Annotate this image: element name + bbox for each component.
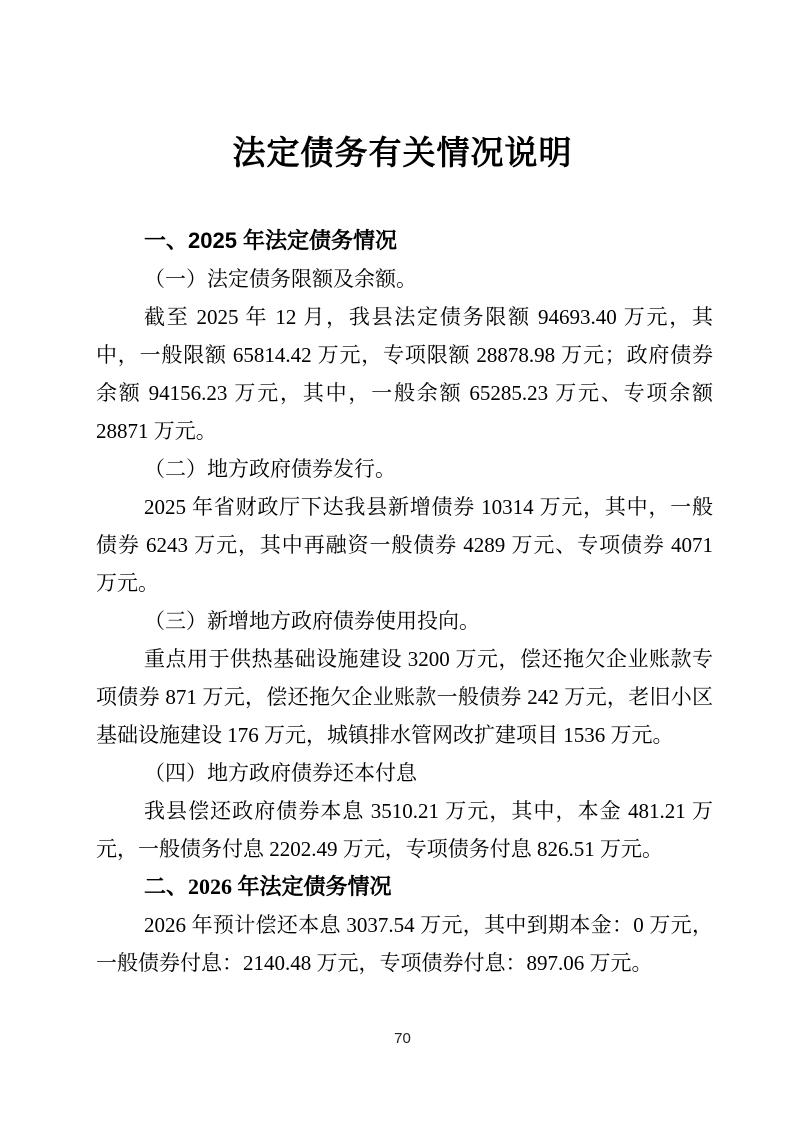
subsection-limits-paragraph: 截至 2025 年 12 月，我县法定债务限额 94693.40 万元，其中，一… xyxy=(96,298,713,450)
page-number: 70 xyxy=(0,1030,805,1047)
subsection-issuance-paragraph: 2025 年省财政厅下达我县新增债券 10314 万元，其中，一般债券 6243… xyxy=(96,488,713,602)
document-page: 法定债务有关情况说明 一、2025 年法定债务情况 （一）法定债务限额及余额。 … xyxy=(0,0,805,1129)
subsection-usage-paragraph: 重点用于供热基础设施建设 3200 万元，偿还拖欠企业账款专项债券 871 万元… xyxy=(96,640,713,754)
subsection-usage-heading: （三）新增地方政府债券使用投向。 xyxy=(96,602,713,640)
section-2026-heading: 二、2026 年法定债务情况 xyxy=(96,868,713,906)
subsection-repayment-paragraph: 我县偿还政府债券本息 3510.21 万元，其中，本金 481.21 万元，一般… xyxy=(96,792,713,868)
subsection-repayment-heading: （四）地方政府债券还本付息 xyxy=(96,754,713,792)
subsection-issuance-heading: （二）地方政府债券发行。 xyxy=(96,450,713,488)
section-2026-paragraph: 2026 年预计偿还本息 3037.54 万元，其中到期本金：0 万元，一般债券… xyxy=(96,906,713,982)
section-2025-heading: 一、2025 年法定债务情况 xyxy=(96,222,713,260)
document-title: 法定债务有关情况说明 xyxy=(0,0,805,178)
document-body: 一、2025 年法定债务情况 （一）法定债务限额及余额。 截至 2025 年 1… xyxy=(96,222,713,982)
subsection-limits-heading: （一）法定债务限额及余额。 xyxy=(96,260,713,298)
